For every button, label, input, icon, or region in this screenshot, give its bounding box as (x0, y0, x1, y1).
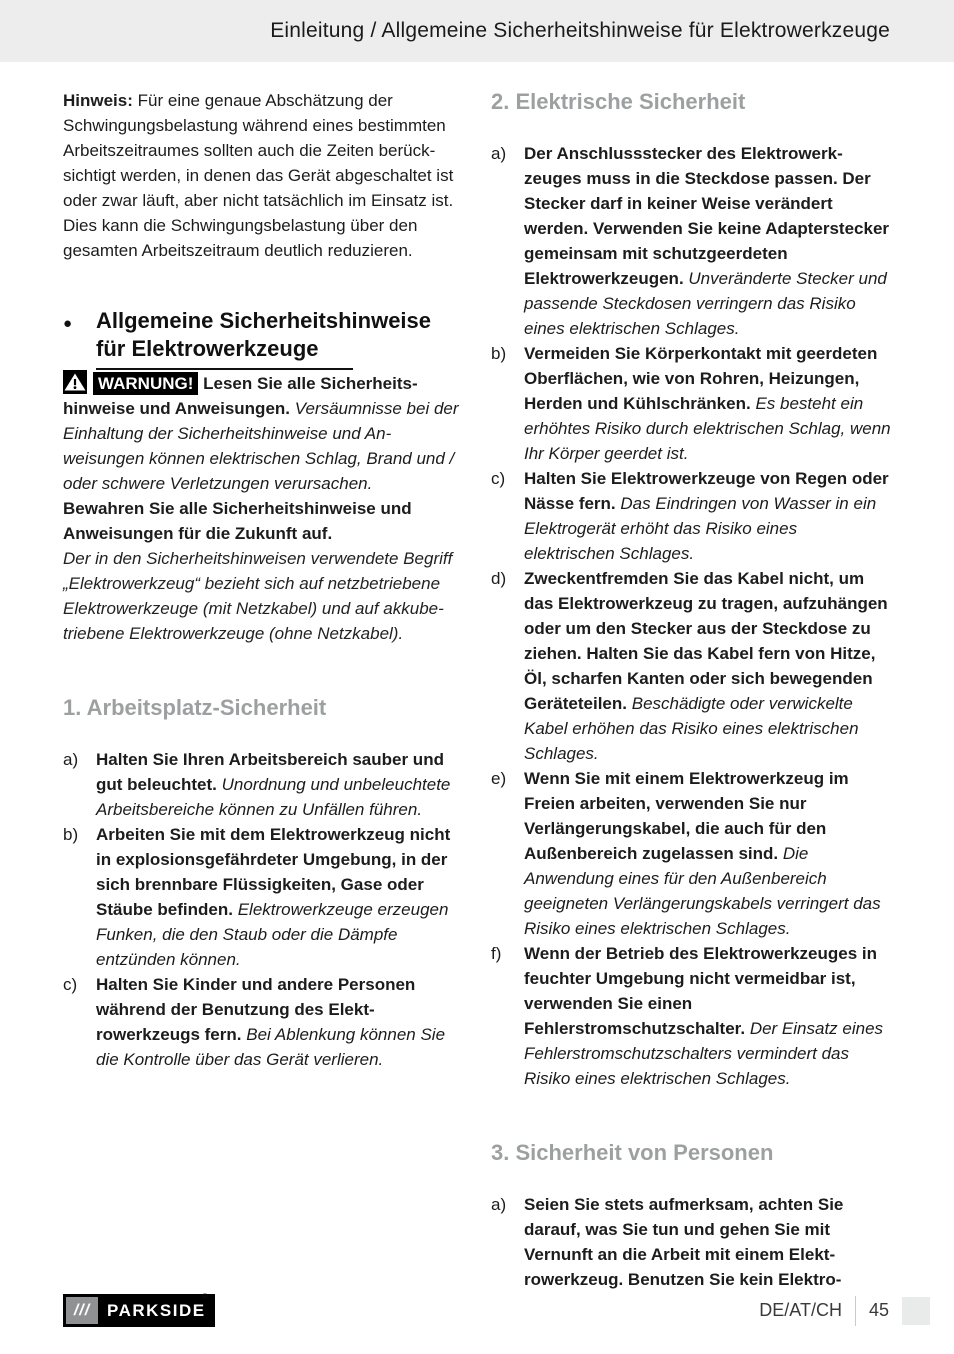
item-letter: a) (491, 141, 524, 341)
item-bold: Zweckentfremden Sie das Kabel nicht, um … (524, 569, 888, 713)
item-body: Wenn der Betrieb des Elektrowerk­zeuges … (524, 941, 891, 1091)
section-heading-line1: Allgemeine Sicherheitshinweise (96, 308, 431, 333)
section2-list: a) Der Anschlussstecker des Elektrowerk­… (491, 141, 891, 1091)
section3-title: 3. Sicherheit von Personen (491, 1139, 891, 1167)
hinweis-text: Für eine genaue Abschätzung der Schwingu… (63, 91, 453, 260)
page-title: Einleitung / Allgemeine Sicherheitshinwe… (270, 0, 890, 62)
left-column: Hinweis: Für eine genaue Abschätzung der… (63, 88, 463, 1292)
item-body: Zweckentfremden Sie das Kabel nicht, um … (524, 566, 891, 766)
item-body: Der Anschlussstecker des Elektrowerk­zeu… (524, 141, 891, 341)
list-item: f) Wenn der Betrieb des Elektrowerk­zeug… (491, 941, 891, 1091)
list-item: c) Halten Sie Kinder und andere Perso­ne… (63, 972, 463, 1072)
item-body: Halten Sie Kinder und andere Perso­nen w… (96, 972, 463, 1072)
item-letter: a) (491, 1192, 524, 1292)
list-item: e) Wenn Sie mit einem Elektrowerkzeug im… (491, 766, 891, 941)
section3-list: a) Seien Sie stets aufmerksam, achten Si… (491, 1192, 891, 1292)
item-letter: c) (63, 972, 96, 1072)
item-letter: a) (63, 747, 96, 822)
warning-triangle-icon (63, 370, 87, 394)
item-letter: f) (491, 941, 524, 1091)
item-body: Halten Sie Elektrowerkzeuge von Re­gen o… (524, 466, 891, 566)
parkside-stripes-icon: /// (66, 1297, 98, 1324)
section-heading-allgemeine: ● Allgemeine Sicherheitshinweise für Ele… (63, 307, 463, 370)
page-corner-square (902, 1297, 930, 1325)
section1-list: a) Halten Sie Ihren Arbeitsbereich saube… (63, 747, 463, 1072)
list-item: c) Halten Sie Elektrowerkzeuge von Re­ge… (491, 466, 891, 566)
item-body: Seien Sie stets aufmerksam, achten Sie d… (524, 1192, 891, 1292)
right-column: 2. Elektrische Sicherheit a) Der Anschlu… (491, 88, 891, 1292)
item-body: Arbeiten Sie mit dem Elektrowerkzeug nic… (96, 822, 463, 972)
section2-title: 2. Elektrische Sicherheit (491, 88, 891, 116)
list-item: a) Halten Sie Ihren Arbeitsbereich saube… (63, 747, 463, 822)
item-letter: d) (491, 566, 524, 766)
manual-page: Einleitung / Allgemeine Sicherheitshinwe… (0, 0, 954, 1354)
page-number: 45 (869, 1300, 889, 1321)
item-letter: c) (491, 466, 524, 566)
section1-title: 1. Arbeitsplatz-Sicherheit (63, 694, 463, 722)
registered-trademark-icon: ® (202, 1292, 208, 1301)
hinweis-paragraph: Hinweis: Für eine genaue Abschätzung der… (63, 88, 463, 263)
warning-badge: WARNUNG! (93, 372, 198, 395)
footer-divider (855, 1296, 856, 1326)
section-heading-line2: für Elektrowerkzeuge (96, 335, 353, 370)
list-item: d) Zweckentfremden Sie das Kabel nicht, … (491, 566, 891, 766)
item-letter: b) (63, 822, 96, 972)
list-item: b) Vermeiden Sie Körperkontakt mit ge­er… (491, 341, 891, 466)
section-heading-text: Allgemeine Sicherheitshinweise für Elekt… (96, 307, 431, 370)
keep-notice: Bewahren Sie alle Sicherheitshinweise un… (63, 496, 463, 546)
item-bold: Der Anschlussstecker des Elektrowerk­zeu… (524, 144, 889, 288)
footer-page-info: DE/AT/CH 45 (759, 1294, 930, 1327)
item-body: Wenn Sie mit einem Elektrowerkzeug im Fr… (524, 766, 891, 941)
item-body: Vermeiden Sie Körperkontakt mit ge­erdet… (524, 341, 891, 466)
page-content: Hinweis: Für eine genaue Abschätzung der… (63, 88, 891, 1292)
item-body: Halten Sie Ihren Arbeitsbereich sauber u… (96, 747, 463, 822)
brand-name: PARKSIDE (101, 1297, 212, 1324)
bullet-icon: ● (63, 307, 96, 370)
parkside-logo: /// PARKSIDE (63, 1294, 215, 1327)
term-note: Der in den Sicherheitshinweisen verwende… (63, 546, 463, 646)
item-letter: e) (491, 766, 524, 941)
list-item: a) Der Anschlussstecker des Elektrowerk­… (491, 141, 891, 341)
region-label: DE/AT/CH (759, 1300, 842, 1321)
list-item: b) Arbeiten Sie mit dem Elektrowerkzeug … (63, 822, 463, 972)
item-letter: b) (491, 341, 524, 466)
item-bold: Seien Sie stets aufmerksam, achten Sie d… (524, 1195, 843, 1289)
warning-paragraph: WARNUNG! Lesen Sie alle Sicherheits­hinw… (63, 370, 463, 496)
list-item: a) Seien Sie stets aufmerksam, achten Si… (491, 1192, 891, 1292)
hinweis-label: Hinweis: (63, 91, 133, 110)
